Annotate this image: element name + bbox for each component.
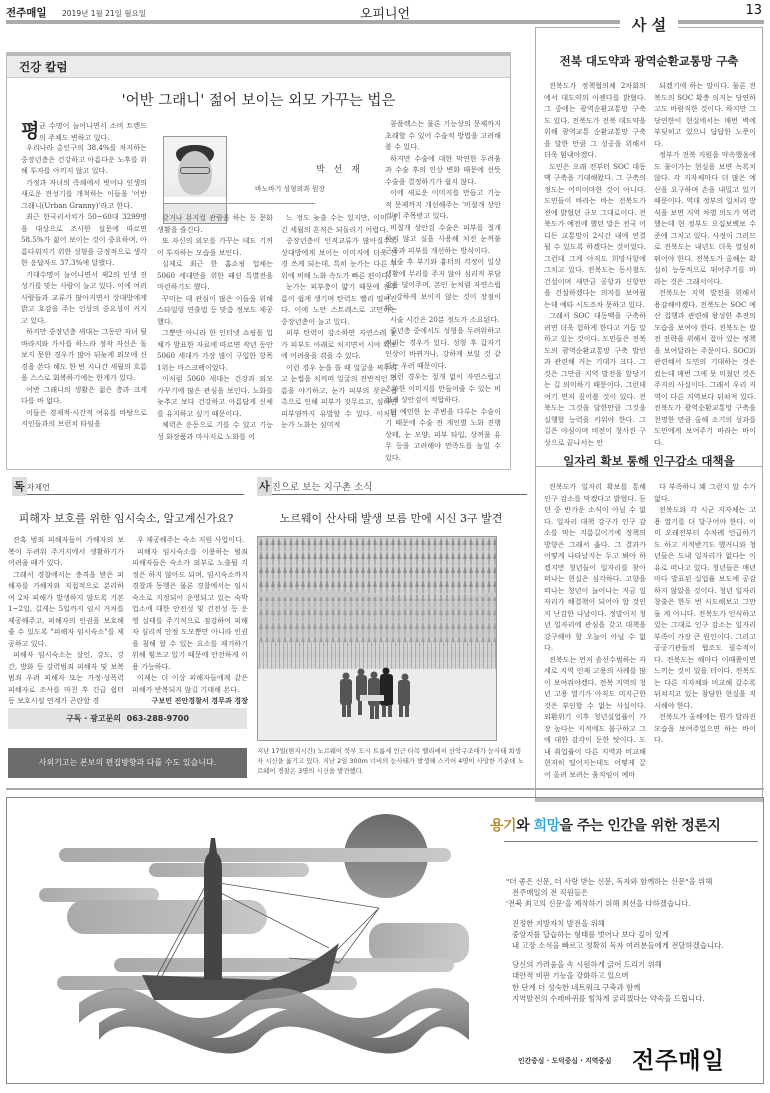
editorial-title-2: 일자리 확보 통해 인구감소 대책을 bbox=[536, 453, 762, 469]
reader-col2: 우 제공해주는 숙소 지원 사업이다. 피해자 임시숙소를 이용하는 범죄 피해… bbox=[132, 534, 248, 707]
promo-para-3: 당신의 가려움을 속 시원하게 긁어 드리기 위해 대안적 비판 기능을 강화하… bbox=[506, 959, 766, 1004]
photo-news-title: 노르웨이 산사태 발생 보름 만에 시신 3구 발견 bbox=[256, 510, 526, 526]
health-col4: 콤플렉스는 물론 기능상의 문제까지 초래할 수 있어 수술적 방법을 고려해볼… bbox=[385, 118, 501, 463]
paragraph: 단 예민한 눈 주변을 다루는 수술이기 때문에 수술 전 개인별 노화 진행 … bbox=[385, 406, 501, 464]
author-glasses bbox=[180, 167, 210, 174]
paragraph: 실제로 최근 한 홈쇼핑 업체는 5060 세대만을 위한 패션 특별전을 마련… bbox=[157, 258, 273, 293]
paragraph: 전북도가 올해에는 뭔가 달라진 모습을 보여주었으면 하는 바이다. bbox=[654, 711, 756, 746]
paragraph: 콤플렉스는 물론 기능상의 문제까지 초래할 수 있어 수술적 방법을 고려해볼… bbox=[385, 118, 501, 153]
paragraph: 전북도와 각 시군 지자체는 고용 열기를 더 달구어야 한다. 이미 오래전부… bbox=[654, 504, 756, 711]
section-divider bbox=[6, 788, 764, 790]
paragraph: 피해자 임시숙소를 이용하는 범죄 피해자들은 숙소가 외부로 노출될 걱정은 … bbox=[132, 546, 248, 673]
editorial-heading: 사 설 bbox=[536, 14, 762, 35]
promo-brand-logo: 전주매일 bbox=[632, 1042, 725, 1075]
editorial-2-col2: 다 부족하니 왜 그런지 알 수가 없다. 전북도와 각 시군 지자체는 고용 … bbox=[654, 481, 756, 746]
line: 내 고장 소식을 빠르고 정확히 독자 여러분들에게 전달하겠습니다. bbox=[512, 941, 724, 950]
paragraph: 그래서 SOC 대동맥을 구축하려면 더욱 험하게 한다고 거듭 말하고 있는 … bbox=[544, 310, 646, 448]
editorial-box: 사 설 전북 대도약과 광역순환교통망 구축 전북도가 정책협의체 2차회의에서… bbox=[535, 27, 763, 467]
paragraph: 전북도는 먼저 솔선수범하는 자세로 지역 인재 고용의 사례를 많이 보여줘야… bbox=[544, 654, 646, 781]
tag-initial: 사 bbox=[257, 477, 272, 496]
reader-column-tag: 독자제언 bbox=[12, 475, 244, 495]
author-divider bbox=[163, 203, 315, 204]
paragraph: 기대수명이 늘어나면서 제2의 인생 전성기를 맞는 사람이 늘고 있다. 이에… bbox=[21, 269, 147, 327]
paragraph: 다 부족하니 왜 그런지 알 수가 없다. bbox=[654, 481, 756, 504]
paragraph: 하지만 수술에 대한 막연한 두려움과 수술 후의 인상 변화 때문에 선뜻 수… bbox=[385, 153, 501, 188]
line: 지역발전의 수레바퀴를 힘차게 굴리겠다는 약속을 드립니다. bbox=[512, 994, 705, 1003]
author-title: 바노바기 성형외과 원장 bbox=[255, 183, 325, 193]
promo-text: "더 좋은 신문, 더 사랑 받는 신문, 독자와 함께하는 신문"을 위해 전… bbox=[506, 876, 766, 1012]
paragraph: 갖거나 뮤지컬 관람을 하는 등 문화생활을 즐긴다. bbox=[157, 212, 273, 235]
paragraph: 눈가는 피부층이 얇기 때문에 잔주름이 쉽게 생기며 탄력도 빨리 떨어진다.… bbox=[281, 281, 397, 327]
tag-rest: 진으로 보는 지구촌 소식 bbox=[272, 482, 373, 493]
health-col1-intro: 균 수명이 늘어나면서 소비 트렌드의 주체도 변하고 있다. bbox=[39, 120, 147, 143]
title-courage: 용기 bbox=[490, 818, 516, 834]
paragraph: 이들은 경제적·시간적 여유를 바탕으로 지인들과의 브런치 타임을 bbox=[21, 407, 147, 430]
line: 당신의 가려움을 속 시원하게 긁어 드리기 위해 bbox=[512, 960, 662, 969]
line: 중앙지를 답습하는 형태를 벗어나 보다 깊이 있게 bbox=[512, 930, 669, 939]
photo-news-tag: 사진으로 보는 지구촌 소식 bbox=[257, 475, 527, 495]
health-col2: 갖거나 뮤지컬 관람을 하는 등 문화생활을 즐긴다. 또 자신의 외모를 가꾸… bbox=[157, 212, 273, 442]
reader-signature: 구보민 진안경찰서 경무과 경장 bbox=[132, 695, 248, 707]
tag-initial: 독 bbox=[12, 477, 27, 496]
health-column: 건강 칼럼 '어반 그래니' 젊어 보이는 외모 가꾸는 법은 평 균 수명이 … bbox=[6, 52, 511, 470]
paragraph: 우리나라 총인구의 38.4%를 차지하는 중장년층은 건강하고 아름다운 노후… bbox=[21, 142, 147, 177]
snow-landscape-image bbox=[258, 537, 497, 741]
line: '전북 최고의 신문'을 제작하기 위해 최선을 다하겠습니다. bbox=[506, 899, 691, 908]
author-photo bbox=[163, 136, 227, 224]
paragraph: 이런 경우는 절개 없이 자연스럽고 온화한 이미지를 만들어줄 수 있는 비절… bbox=[385, 371, 501, 406]
editorial-box-2: 일자리 확보 통해 인구감소 대책을 전북도가 일자리 확보를 통해 인구 감소… bbox=[535, 447, 763, 802]
paragraph: 이처럼 5060 세대는 건강과 외모 가꾸기에 많은 관심을 보인다. 노화를… bbox=[157, 373, 273, 419]
author-name: 박 선 재 bbox=[316, 162, 363, 175]
line: 대안적 비판 기능을 강화하고 있으며 bbox=[512, 971, 629, 980]
paragraph: 피부 탄력이 감소하면 자연스레 눈가 피부도 아래로 처지면서 시야 확보에 … bbox=[281, 327, 397, 362]
editorial-2-col1: 전북도가 일자리 확보를 통해 인구 감소를 막겠다고 밝혔다. 듣던 중 반가… bbox=[544, 481, 646, 780]
line: 전주매일의 전 직원들은 bbox=[506, 888, 588, 897]
editorial-heading-label: 사 설 bbox=[620, 16, 678, 34]
paragraph: 도민은 오래 전부터 SOC 대동맥 구축을 기대해왔다. 그 구축의 정도는 … bbox=[544, 161, 646, 311]
paragraph: 시술 후 부기와 흉터의 걱정이 일상생활에 무리를 주지 않아 심리적 부담감… bbox=[385, 256, 501, 314]
subscription-phone: 063-288-9700 bbox=[127, 714, 189, 723]
promo-para-2: 진정한 지방자치 발전을 위해 중앙지를 답습하는 형태를 벗어나 보다 깊이 … bbox=[506, 918, 766, 952]
paragraph: 잔혹 범죄 피해자들이 가해자의 보복이 두려워 주거지에서 생활하기가 어려울… bbox=[8, 534, 124, 569]
paragraph: 그래서 경찰에서는 충격을 받은 피해자를 가해자와 직접적으로 분리하여 2차… bbox=[8, 569, 124, 650]
paragraph: 시술 시간은 20분 정도가 소요된다. bbox=[385, 314, 501, 326]
editorial-1-col1: 전북도가 정책협의체 2차회의에서 대도약의 아젠다를 밝혔다. 그 중에는 광… bbox=[544, 80, 646, 448]
health-column-title: '어반 그래니' 젊어 보이는 외모 가꾸는 법은 bbox=[7, 89, 510, 110]
editorial-1-col2: 되겠기에 하는 말이다. 물론 전북도의 SOC 확충 의지는 당연하고도 바람… bbox=[654, 80, 756, 448]
paragraph: 느 정도 늦출 수는 있지만, 이미 생긴 세월의 흔적은 되돌리기 어렵다. bbox=[281, 212, 397, 235]
paragraph: 중년층 중에서도 성형을 두려워하고 꺼리는 경우가 있다. 성형 후 갑자기 … bbox=[385, 325, 501, 371]
paragraph: 균 수명이 늘어나면서 소비 트렌드의 주체도 변하고 있다. bbox=[39, 120, 147, 143]
paragraph: 꾸미는 데 관심이 많은 이들을 위해 스타일링 연출법 등 맞춤 정보도 제공… bbox=[157, 293, 273, 328]
paragraph: 비절개 상안검 수술은 피부를 절개하지 않고 실을 사용해 처진 눈꺼풀 근육… bbox=[385, 222, 501, 257]
photo-caption: 지난 17일(현지시간) 노르웨이 북부 도시 트롬세 인근 타목 밸리에서 산… bbox=[257, 746, 527, 776]
paragraph: 하지만 중장년층 세대는 그동안 자녀 뒷바라지와 가사를 하느라 정작 자신은… bbox=[21, 326, 147, 384]
subscription-label: 구독 · 광고문의 bbox=[66, 714, 121, 723]
promo-slogan: 인간중심 · 도덕중심 · 지역중심 bbox=[518, 1055, 611, 1065]
health-column-tag-label: 건강 칼럼 bbox=[19, 59, 67, 75]
paragraph: 피해자 임시숙소는 살인, 강도, 강간, 방화 등 강력범죄 피해자 및 보복… bbox=[8, 649, 124, 707]
paragraph: 이런 경우 눈을 뜰 때 얼굴을 찌푸리고 눈썹을 치켜떠 얼굴의 전반적인 주… bbox=[281, 362, 397, 431]
drop-cap: 평 bbox=[21, 116, 39, 143]
paragraph: 중장년층이 인적교류가 많아질수록 상대방에게 보이는 이미지에 더욱 신경 쓰… bbox=[281, 235, 397, 281]
paragraph: 전북도는 지역 발전을 위해서 용감해야겠다. 전북도는 SOC 예산 집행과 … bbox=[654, 287, 756, 448]
tag-rest: 자제언 bbox=[27, 483, 50, 492]
paragraph: 그뿐만 아니라 한 인터넷 쇼핑몰 업체가 발표한 자료에 따르면 작년 동안 … bbox=[157, 327, 273, 373]
title-rest: 을 주는 인간을 위한 정론지 bbox=[560, 818, 721, 834]
promo-rule bbox=[504, 841, 758, 842]
health-col1: 우리나라 총인구의 38.4%를 차지하는 중장년층은 건강하고 아름다운 노후… bbox=[21, 142, 147, 430]
line: 한 단계 더 성숙한 네트워크 구축과 함께 bbox=[512, 983, 640, 992]
paragraph: 가정과 자녀의 족쇄에서 벗어나 인생의 새로운 전성기를 개척하는 이들을 '… bbox=[21, 177, 147, 212]
snow-rescue-photo bbox=[257, 536, 497, 741]
subscription-box: 구독 · 광고문의 063-288-9700 bbox=[8, 708, 247, 729]
health-col3: 느 정도 늦출 수는 있지만, 이미 생긴 세월의 흔적은 되돌리기 어렵다. … bbox=[281, 212, 397, 431]
paragraph: 이에 새로운 이미지를 만들고 기능적 문제까지 개선해주는 '비절개 상안검'… bbox=[385, 187, 501, 222]
paragraph: 체력은 운동으로 기를 수 있고 기능성 화장품과 마사지로 노화를 어 bbox=[157, 419, 273, 442]
line: 진정한 지방자치 발전을 위해 bbox=[512, 919, 605, 928]
health-column-tag: 건강 칼럼 bbox=[7, 56, 510, 78]
pen-mast-icon bbox=[204, 838, 222, 980]
paragraph: 또 자신의 외모를 가꾸는 데도 기꺼이 투자하는 모습을 보인다. bbox=[157, 235, 273, 258]
promo-para-1: "더 좋은 신문, 더 사랑 받는 신문, 독자와 함께하는 신문"을 위해 전… bbox=[506, 876, 766, 910]
editorial-title-1: 전북 대도약과 광역순환교통망 구축 bbox=[536, 53, 762, 69]
title-and: 와 bbox=[516, 818, 533, 834]
title-hope: 희망 bbox=[533, 818, 559, 834]
paragraph: 우 제공해주는 숙소 지원 사업이다. bbox=[132, 534, 248, 546]
disclaimer-box: 사외기고는 본보의 편집방향과 다를 수도 있습니다. bbox=[8, 748, 247, 778]
paragraph: 전북도가 일자리 확보를 통해 인구 감소를 막겠다고 밝혔다. 듣던 중 반가… bbox=[544, 481, 646, 654]
paragraph: 최근 한국리서치가 50~60대 3299명을 대상으로 조사한 설문에 따르면… bbox=[21, 211, 147, 269]
reader-col1: 잔혹 범죄 피해자들이 가해자의 보복이 두려워 주거지에서 생활하기가 어려울… bbox=[8, 534, 124, 707]
paragraph: 전북도가 정책협의체 2차회의에서 대도약의 아젠다를 밝혔다. 그 중에는 광… bbox=[544, 80, 646, 161]
paragraph: 이제는 더 이상 피해자들에게 같은 피해가 반복되지 않길 기대해 본다. bbox=[132, 672, 248, 695]
line: "더 좋은 신문, 더 사랑 받는 신문, 독자와 함께하는 신문"을 위해 bbox=[506, 877, 712, 886]
paragraph: 정부가 전북 지원을 약속했음에도 물이가는 현실을 보면 녹록치 않다. 각 … bbox=[654, 149, 756, 287]
ship-illustration bbox=[29, 808, 469, 1068]
reader-column-title: 피해자 보호를 위한 임시숙소, 알고계신가요? bbox=[8, 510, 244, 526]
promo-title: 용기와 희망을 주는 인간을 위한 정론지 bbox=[490, 815, 720, 835]
paragraph: 어반 그래니의 생활은 젊은 층과 크게 다를 바 없다. bbox=[21, 384, 147, 407]
paragraph: 되겠기에 하는 말이다. 물론 전북도의 SOC 확충 의지는 당연하고도 바람… bbox=[654, 80, 756, 149]
